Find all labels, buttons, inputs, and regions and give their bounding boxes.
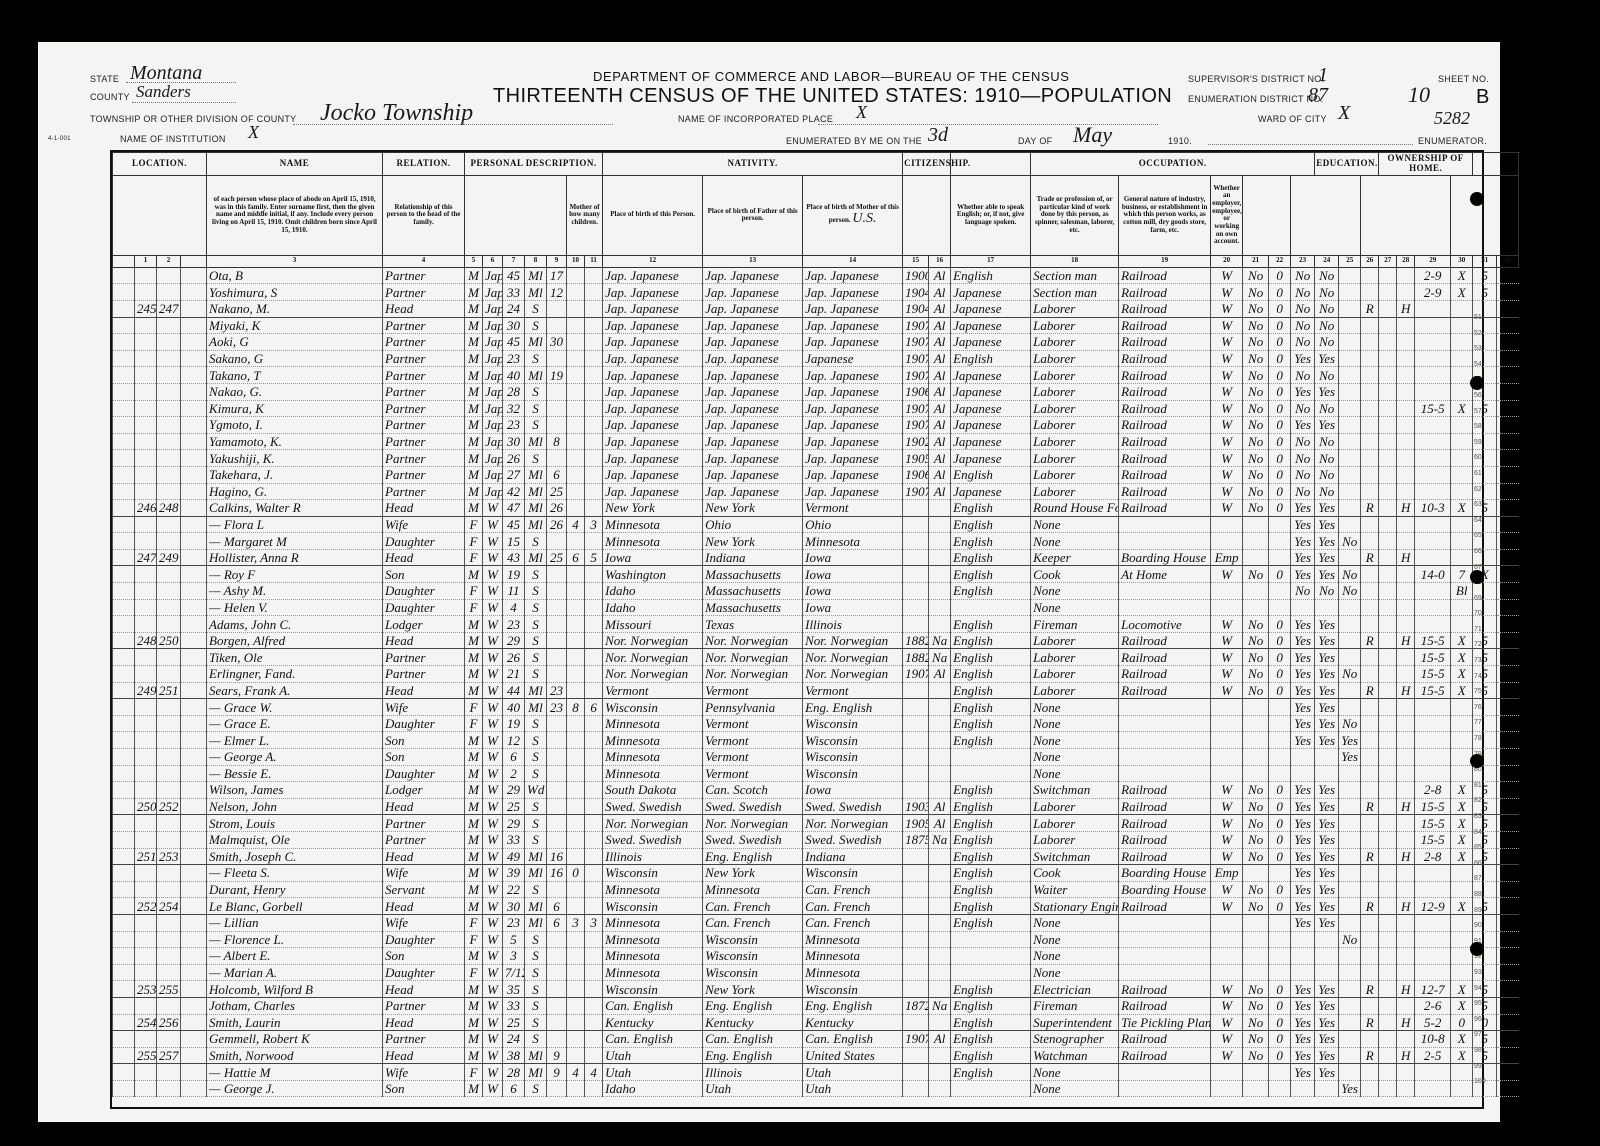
cell-dwelling <box>135 450 157 467</box>
cell-blank <box>181 881 207 898</box>
cell-farm <box>1397 450 1415 467</box>
cell-sched: 2-8 <box>1415 782 1451 799</box>
cell-father-birth: Vermont <box>703 715 803 732</box>
cell-born: 8 <box>567 699 585 716</box>
cell-street <box>113 383 135 400</box>
cell-out-of-work: No <box>1243 417 1269 434</box>
cell-age: 43 <box>503 549 525 566</box>
institution-label: Name of institution <box>120 134 226 144</box>
table-row: — Elmer L.SonMW12SMinnesotaVermontWiscon… <box>113 732 1519 749</box>
cell-school <box>1339 334 1361 351</box>
cell-write: Yes <box>1315 616 1339 633</box>
cell-c30: X <box>1451 632 1473 649</box>
cell-dwelling: 255 <box>135 1047 157 1064</box>
cell-read <box>1291 599 1315 616</box>
cell-sched: 10-8 <box>1415 1031 1451 1048</box>
cell-race: W <box>483 583 503 600</box>
cell-race: W <box>483 616 503 633</box>
margin-line-number: 71 <box>1474 622 1500 638</box>
cell-language <box>951 931 1031 948</box>
cell-immig <box>903 898 929 915</box>
cell-years-married <box>547 964 567 981</box>
cell-own: R <box>1361 300 1379 317</box>
cell-years-married <box>547 450 567 467</box>
cell-out-of-work: No <box>1243 433 1269 450</box>
cell-trade: None <box>1031 964 1119 981</box>
cell-employ: W <box>1211 997 1243 1014</box>
cell-marital: S <box>525 981 547 998</box>
margin-line-number: 76 <box>1474 700 1500 716</box>
cell-sched: 5-2 <box>1415 1014 1451 1031</box>
cell-name: Jotham, Charles <box>207 997 383 1014</box>
cell-sched <box>1415 549 1451 566</box>
cell-weeks: 0 <box>1269 450 1291 467</box>
cell-out-of-work: No <box>1243 450 1269 467</box>
cell-age: 29 <box>503 782 525 799</box>
cell-read: Yes <box>1291 549 1315 566</box>
column-number: 11 <box>585 255 603 267</box>
cell-sex: M <box>465 317 483 334</box>
cell-sched: 15-5 <box>1415 400 1451 417</box>
cell-employ: W <box>1211 798 1243 815</box>
cell-living <box>585 450 603 467</box>
cell-birth: Minnesota <box>603 881 703 898</box>
cell-free <box>1379 599 1397 616</box>
cell-family: 257 <box>157 1047 181 1064</box>
cell-years-married <box>547 350 567 367</box>
cell-street <box>113 699 135 716</box>
cell-immig: 1907 <box>903 317 929 334</box>
cell-language: English <box>951 831 1031 848</box>
birth-mother-header: Place of birth of Mother of this person.… <box>803 175 903 255</box>
cell-born <box>567 1047 585 1064</box>
cell-weeks <box>1269 865 1291 882</box>
cell-name: — Grace W. <box>207 699 383 716</box>
cell-language: English <box>951 516 1031 533</box>
cell-living <box>585 367 603 384</box>
cell-race: Jap <box>483 450 503 467</box>
cell-birth: Wisconsin <box>603 699 703 716</box>
cell-free <box>1379 931 1397 948</box>
cell-c30: X <box>1451 815 1473 832</box>
cell-relation: Partner <box>383 267 465 284</box>
cell-out-of-work: No <box>1243 831 1269 848</box>
cell-nat: Al <box>929 400 951 417</box>
cell-free <box>1379 632 1397 649</box>
cell-blank <box>181 666 207 683</box>
cell-father-birth: Jap. Japanese <box>703 433 803 450</box>
cell-mother-birth: Jap. Japanese <box>803 483 903 500</box>
cell-race: W <box>483 1047 503 1064</box>
cell-industry: Railroad <box>1119 1047 1211 1064</box>
cell-write: Yes <box>1315 1031 1339 1048</box>
cell-father-birth: Eng. English <box>703 997 803 1014</box>
group-location: LOCATION. <box>113 153 207 176</box>
cell-industry: Railroad <box>1119 848 1211 865</box>
cell-employ <box>1211 516 1243 533</box>
cell-living: 5 <box>585 549 603 566</box>
column-number: 22 <box>1269 255 1291 267</box>
cell-blank <box>181 765 207 782</box>
cell-born <box>567 400 585 417</box>
cell-relation: Daughter <box>383 715 465 732</box>
cell-school <box>1339 948 1361 965</box>
misc-subheads <box>1451 175 1519 255</box>
cell-out-of-work: No <box>1243 798 1269 815</box>
cell-language: English <box>951 1014 1031 1031</box>
cell-street <box>113 898 135 915</box>
cell-marital: S <box>525 599 547 616</box>
cell-employ: W <box>1211 666 1243 683</box>
department-heading: DEPARTMENT OF COMMERCE AND LABOR—BUREAU … <box>593 69 1070 84</box>
cell-family <box>157 732 181 749</box>
cell-school <box>1339 417 1361 434</box>
cell-read: Yes <box>1291 516 1315 533</box>
cell-sex: M <box>465 815 483 832</box>
cell-name: Ygmoto, I. <box>207 417 383 434</box>
cell-sched <box>1415 749 1451 766</box>
cell-relation: Head <box>383 682 465 699</box>
table-row: 255257Smith, NorwoodHeadMW38Ml9UtahEng. … <box>113 1047 1519 1064</box>
table-row: 252254Le Blanc, GorbellHeadMW30Ml6Wiscon… <box>113 898 1519 915</box>
margin-line-number: 89 <box>1474 903 1500 919</box>
cell-dwelling <box>135 699 157 716</box>
cell-blank <box>181 616 207 633</box>
cell-free <box>1379 798 1397 815</box>
cell-father-birth: Jap. Japanese <box>703 450 803 467</box>
cell-dwelling <box>135 997 157 1014</box>
column-number: 28 <box>1397 255 1415 267</box>
cell-school <box>1339 483 1361 500</box>
cell-free <box>1379 881 1397 898</box>
cell-sex: M <box>465 831 483 848</box>
cell-mother-birth: Can. French <box>803 898 903 915</box>
cell-relation: Daughter <box>383 533 465 550</box>
cell-mother-birth: Jap. Japanese <box>803 334 903 351</box>
cell-street <box>113 732 135 749</box>
column-number: 17 <box>951 255 1031 267</box>
cell-c30: X <box>1451 848 1473 865</box>
cell-age: 22 <box>503 881 525 898</box>
cell-family: 249 <box>157 549 181 566</box>
cell-write: Yes <box>1315 699 1339 716</box>
group-nativity: NATIVITY. <box>603 153 903 176</box>
cell-marital: S <box>525 450 547 467</box>
cell-own: R <box>1361 848 1379 865</box>
cell-name: — Fleeta S. <box>207 865 383 882</box>
cell-school <box>1339 400 1361 417</box>
cell-immig: 1903 <box>903 798 929 815</box>
cell-school <box>1339 450 1361 467</box>
cell-sex: M <box>465 300 483 317</box>
cell-c30 <box>1451 599 1473 616</box>
cell-born <box>567 284 585 301</box>
cell-write: Yes <box>1315 682 1339 699</box>
cell-trade: Stenographer <box>1031 1031 1119 1048</box>
cell-dwelling <box>135 948 157 965</box>
cell-weeks: 0 <box>1269 433 1291 450</box>
cell-race: W <box>483 948 503 965</box>
cell-age: 42 <box>503 483 525 500</box>
cell-write: Yes <box>1315 350 1339 367</box>
cell-street <box>113 632 135 649</box>
cell-name: Takehara, J. <box>207 466 383 483</box>
cell-write <box>1315 948 1339 965</box>
cell-race: W <box>483 881 503 898</box>
cell-language <box>951 948 1031 965</box>
cell-employ <box>1211 533 1243 550</box>
cell-farm <box>1397 466 1415 483</box>
cell-farm <box>1397 367 1415 384</box>
cell-years-married: 6 <box>547 898 567 915</box>
cell-relation: Partner <box>383 666 465 683</box>
cell-immig <box>903 931 929 948</box>
cell-industry: Railroad <box>1119 997 1211 1014</box>
cell-farm <box>1397 948 1415 965</box>
cell-farm <box>1397 317 1415 334</box>
cell-birth: Illinois <box>603 848 703 865</box>
cell-street <box>113 483 135 500</box>
cell-relation: Partner <box>383 350 465 367</box>
cell-marital: S <box>525 715 547 732</box>
cell-c30: X <box>1451 1031 1473 1048</box>
cell-years-married: 17 <box>547 267 567 284</box>
cell-read <box>1291 948 1315 965</box>
cell-school <box>1339 649 1361 666</box>
cell-nat: Al <box>929 350 951 367</box>
cell-living <box>585 848 603 865</box>
cell-language: English <box>951 881 1031 898</box>
cell-nat <box>929 1080 951 1097</box>
cell-nat <box>929 516 951 533</box>
cell-marital: Ml <box>525 433 547 450</box>
cell-street <box>113 1047 135 1064</box>
cell-born <box>567 666 585 683</box>
cell-family <box>157 831 181 848</box>
cell-mother-birth: Wisconsin <box>803 749 903 766</box>
cell-out-of-work: No <box>1243 466 1269 483</box>
cell-sched <box>1415 317 1451 334</box>
cell-immig <box>903 948 929 965</box>
cell-family <box>157 566 181 583</box>
cell-farm <box>1397 732 1415 749</box>
cell-out-of-work: No <box>1243 383 1269 400</box>
cell-industry <box>1119 583 1211 600</box>
cell-age: 6 <box>503 1080 525 1097</box>
cell-years-married: 6 <box>547 914 567 931</box>
cell-living <box>585 964 603 981</box>
cell-born <box>567 1080 585 1097</box>
cell-immig: 1905 <box>903 450 929 467</box>
cell-write: Yes <box>1315 666 1339 683</box>
cell-street <box>113 997 135 1014</box>
cell-street <box>113 533 135 550</box>
cell-name: — Grace E. <box>207 715 383 732</box>
cell-industry <box>1119 964 1211 981</box>
cell-family <box>157 400 181 417</box>
cell-employ: W <box>1211 1014 1243 1031</box>
cell-age: 30 <box>503 317 525 334</box>
margin-line-number: 100 <box>1474 1074 1500 1090</box>
birth-person-header: Place of birth of this Person. <box>603 175 703 255</box>
cell-father-birth: Jap. Japanese <box>703 367 803 384</box>
cell-age: 5 <box>503 931 525 948</box>
cell-race: W <box>483 815 503 832</box>
cell-write: No <box>1315 367 1339 384</box>
cell-race: W <box>483 997 503 1014</box>
table-row: Miyaki, KPartnerMJap30SJap. JapaneseJap.… <box>113 317 1519 334</box>
cell-race: Jap <box>483 267 503 284</box>
cell-nat: Al <box>929 417 951 434</box>
cell-dwelling <box>135 566 157 583</box>
cell-relation: Son <box>383 749 465 766</box>
cell-own <box>1361 400 1379 417</box>
cell-father-birth: Jap. Japanese <box>703 417 803 434</box>
cell-father-birth: Utah <box>703 1080 803 1097</box>
cell-nat <box>929 616 951 633</box>
cell-write <box>1315 749 1339 766</box>
cell-employ: W <box>1211 284 1243 301</box>
cell-mother-birth: Minnesota <box>803 931 903 948</box>
cell-father-birth: Wisconsin <box>703 964 803 981</box>
cell-born <box>567 881 585 898</box>
cell-read <box>1291 765 1315 782</box>
cell-school: No <box>1339 583 1361 600</box>
cell-years-married: 16 <box>547 848 567 865</box>
cell-farm <box>1397 334 1415 351</box>
cell-relation: Wife <box>383 865 465 882</box>
cell-read: No <box>1291 317 1315 334</box>
cell-c30: X <box>1451 1047 1473 1064</box>
table-row: — LillianWifeFW23Ml633MinnesotaCan. Fren… <box>113 914 1519 931</box>
cell-write <box>1315 931 1339 948</box>
cell-immig <box>903 1064 929 1081</box>
cell-language: English <box>951 616 1031 633</box>
cell-birth: Washington <box>603 566 703 583</box>
cell-age: 28 <box>503 383 525 400</box>
cell-years-married <box>547 715 567 732</box>
cell-trade: None <box>1031 583 1119 600</box>
cell-relation: Partner <box>383 997 465 1014</box>
table-row: Nakao, G.PartnerMJap28SJap. JapaneseJap.… <box>113 383 1519 400</box>
cell-trade: Fireman <box>1031 616 1119 633</box>
table-row: Erlingner, Fand.PartnerMW21SNor. Norwegi… <box>113 666 1519 683</box>
cell-birth: Jap. Japanese <box>603 417 703 434</box>
cell-mother-birth: Jap. Japanese <box>803 300 903 317</box>
cell-blank <box>181 798 207 815</box>
table-row: Takehara, J.PartnerMJap27Ml6Jap. Japanes… <box>113 466 1519 483</box>
cell-read: No <box>1291 267 1315 284</box>
cell-school <box>1339 433 1361 450</box>
cell-living <box>585 649 603 666</box>
cell-age: 44 <box>503 682 525 699</box>
industry-header: General nature of industry, business, or… <box>1119 175 1211 255</box>
cell-school <box>1339 599 1361 616</box>
cell-industry: Railroad <box>1119 632 1211 649</box>
cell-name: Wilson, James <box>207 782 383 799</box>
cell-nat <box>929 549 951 566</box>
group-citizenship: CITIZENSHIP. <box>903 153 951 176</box>
cell-relation: Partner <box>383 1031 465 1048</box>
cell-birth: South Dakota <box>603 782 703 799</box>
cell-father-birth: Ohio <box>703 516 803 533</box>
cell-years-married: 6 <box>547 466 567 483</box>
cell-free <box>1379 367 1397 384</box>
cell-years-married: 25 <box>547 483 567 500</box>
cell-blank <box>181 350 207 367</box>
cell-sched <box>1415 699 1451 716</box>
cell-birth: Minnesota <box>603 914 703 931</box>
cell-dwelling: 254 <box>135 1014 157 1031</box>
cell-nat <box>929 1014 951 1031</box>
cell-years-married: 9 <box>547 1064 567 1081</box>
cell-trade: Switchman <box>1031 782 1119 799</box>
cell-own <box>1361 516 1379 533</box>
cell-sched: 10-3 <box>1415 500 1451 517</box>
cell-free <box>1379 533 1397 550</box>
cell-blank <box>181 898 207 915</box>
cell-dwelling <box>135 649 157 666</box>
cell-industry <box>1119 914 1211 931</box>
cell-birth: Jap. Japanese <box>603 466 703 483</box>
cell-relation: Lodger <box>383 782 465 799</box>
cell-blank <box>181 483 207 500</box>
cell-immig: 1907 <box>903 483 929 500</box>
cell-trade: None <box>1031 732 1119 749</box>
cell-nat <box>929 749 951 766</box>
cell-dwelling <box>135 516 157 533</box>
cell-born <box>567 267 585 284</box>
cell-weeks: 0 <box>1269 566 1291 583</box>
cell-weeks: 0 <box>1269 848 1291 865</box>
cell-marital: Ml <box>525 682 547 699</box>
cell-write: Yes <box>1315 516 1339 533</box>
cell-sched <box>1415 516 1451 533</box>
cell-own: R <box>1361 682 1379 699</box>
cell-nat <box>929 533 951 550</box>
cell-living <box>585 831 603 848</box>
cell-free <box>1379 749 1397 766</box>
cell-c30 <box>1451 433 1473 450</box>
cell-years-married <box>547 632 567 649</box>
cell-nat: Al <box>929 1031 951 1048</box>
cell-language: Japanese <box>951 400 1031 417</box>
cell-race: Jap <box>483 433 503 450</box>
cell-sched <box>1415 865 1451 882</box>
cell-school: No <box>1339 715 1361 732</box>
cell-marital: Ml <box>525 500 547 517</box>
cell-free <box>1379 583 1397 600</box>
cell-marital: Ml <box>525 865 547 882</box>
cell-write: Yes <box>1315 500 1339 517</box>
ward-value: X <box>1338 102 1350 125</box>
cell-free <box>1379 466 1397 483</box>
margin-line-number: 59 <box>1474 435 1500 451</box>
cell-sched <box>1415 732 1451 749</box>
cell-father-birth: New York <box>703 865 803 882</box>
cell-out-of-work: No <box>1243 284 1269 301</box>
cell-own <box>1361 1031 1379 1048</box>
cell-born <box>567 566 585 583</box>
cell-farm: H <box>1397 300 1415 317</box>
cell-born <box>567 317 585 334</box>
cell-sex: M <box>465 350 483 367</box>
cell-mother-birth: Nor. Norwegian <box>803 666 903 683</box>
cell-father-birth: Can. French <box>703 898 803 915</box>
cell-born <box>567 599 585 616</box>
cell-mother-birth: Vermont <box>803 500 903 517</box>
cell-language: English <box>951 1047 1031 1064</box>
